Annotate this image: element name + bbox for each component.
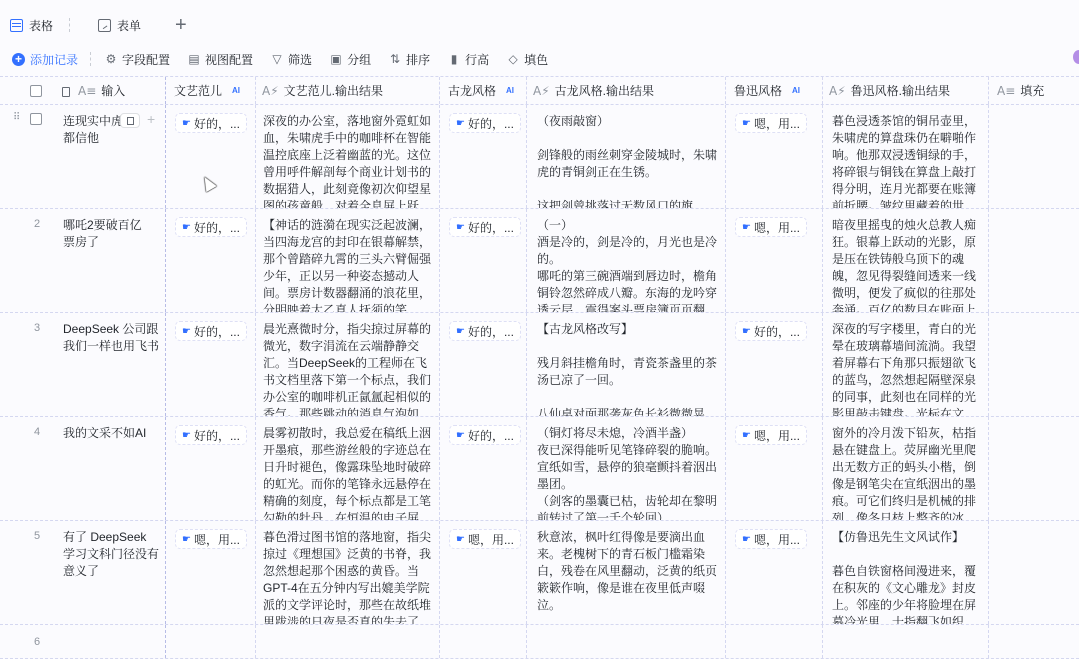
tab-divider [69, 18, 70, 32]
cell-wenyi-output[interactable] [256, 625, 440, 658]
cell-luxun-output[interactable]: 窗外的冷月泼下铅灰，枯指悬在键盘上。荧屏幽光里爬出无数方正的蚂头小楷，倒像是钢笔… [823, 417, 989, 520]
plus-circle-icon: + [12, 53, 25, 66]
cell-luxun[interactable]: ☛嗯，用... [726, 105, 823, 208]
fill-color-label: 填色 [524, 51, 548, 68]
column-label: 鲁迅风格 [734, 82, 782, 99]
ai-status-tag[interactable]: ☛好的，... [175, 425, 247, 445]
row-checkbox[interactable] [30, 113, 42, 125]
ai-badge-icon: AI [506, 86, 514, 95]
grid-icon [10, 19, 23, 32]
ai-hand-icon: ☛ [182, 430, 191, 441]
ai-hand-icon: ☛ [456, 430, 465, 441]
table-row[interactable]: 2 哪吒2要破百亿票房了 ☛好的，... 【神话的涟漪在现实泛起波澜，当四海龙宫… [0, 209, 1079, 313]
header-wenyi-output[interactable]: A⚡ 文艺范儿.输出结果 [256, 77, 440, 104]
header-wenyi[interactable]: 文艺范儿 AI [166, 77, 256, 104]
ai-hand-icon: ☛ [742, 430, 751, 441]
ai-hand-icon: ☛ [742, 118, 751, 129]
tab-grid-view[interactable]: 表格 [10, 17, 53, 34]
toolbar: + 添加记录 ⚙ 字段配置 ▤ 视图配置 ▽ 筛选 ▣ 分组 ⇅ 排序 ▮ 行高… [0, 48, 566, 70]
column-label: 输入 [101, 82, 125, 99]
ai-hand-icon: ☛ [742, 326, 751, 337]
cell-fill[interactable] [989, 105, 1079, 208]
ai-status-tag[interactable]: ☛嗯，用... [735, 217, 807, 237]
tab-label: 表单 [117, 17, 141, 34]
paint-bucket-icon: ◇ [507, 53, 519, 65]
group-icon: ▣ [330, 53, 342, 65]
output-text: （一） 酒是冷的，剑是冷的，月光也是冷的。 哪吒的第三碗酒端到唇边时，檐角铜铃忽… [527, 217, 725, 312]
ai-badge-icon: AI [232, 86, 240, 95]
add-view-button[interactable]: + [175, 15, 187, 35]
filter-icon: ▽ [271, 53, 283, 65]
data-table: A≡ 输入 文艺范儿 AI A⚡ 文艺范儿.输出结果 古龙风格 AI A⚡ 古龙… [0, 76, 1079, 659]
ai-hand-icon: ☛ [182, 222, 191, 233]
tag-text: 嗯，用... [754, 115, 800, 132]
table-row[interactable]: 4 我的文采不如AI ☛好的，... 晨雾初散时，我总爱在稿纸上洇开墨痕，那些游… [0, 417, 1079, 521]
ai-status-tag[interactable]: ☛嗯，用... [449, 529, 521, 549]
cell-gulong-output[interactable] [527, 625, 726, 658]
ai-status-tag[interactable]: ☛好的，... [449, 217, 521, 237]
cell-luxun[interactable]: ☛嗯，用... [726, 417, 823, 520]
column-label: 古龙风格 [448, 82, 496, 99]
header-input[interactable]: A≡ 输入 [0, 77, 166, 104]
input-text: DeepSeek 公司跟我们一样也用飞书 [63, 321, 159, 355]
add-record-button[interactable]: + 添加记录 [12, 51, 78, 68]
ai-hand-icon: ☛ [456, 534, 465, 545]
output-text: （夜雨敲窗） 剑锋般的雨丝刺穿金陵城时，朱啸虎的青铜剑正在生锈。 这把剑曾挑落过… [527, 113, 725, 208]
view-config-button[interactable]: ▤ 视图配置 [188, 51, 253, 68]
ai-status-tag[interactable]: ☛嗯，用... [735, 113, 807, 133]
row-height-label: 行高 [465, 51, 489, 68]
output-text: 【神话的涟漪在现实泛起波澜，当四海龙宫的封印在银幕解禁，那个曾踏碎九霄的三头六臂… [256, 217, 439, 312]
gear-icon: ⚙ [105, 53, 117, 65]
ai-status-tag[interactable]: ☛好的，... [449, 425, 521, 445]
cell-wenyi-output[interactable]: 【神话的涟漪在现实泛起波澜，当四海龙宫的封印在银幕解禁，那个曾踏碎九霄的三头六臂… [256, 209, 440, 312]
table-row[interactable]: 3 DeepSeek 公司跟我们一样也用飞书 ☛好的，... 晨光熹微时分，指尖… [0, 313, 1079, 417]
row-height-button[interactable]: ▮ 行高 [448, 51, 489, 68]
cell-input[interactable]: ⠿ 连现实中虎都信他 + [0, 105, 166, 208]
ai-hand-icon: ☛ [456, 118, 465, 129]
cell-wenyi[interactable]: ☛好的，... [166, 209, 256, 312]
field-config-button[interactable]: ⚙ 字段配置 [105, 51, 170, 68]
tag-text: 嗯，用... [468, 531, 514, 548]
output-text: 晨雾初散时，我总爱在稿纸上洇开墨痕，那些游丝般的字迹总在日升时褪色，像露珠坠地时… [256, 425, 439, 520]
output-text: 深夜的办公室，落地窗外霓虹如血，朱啸虎手中的咖啡杯在智能温控底座上泛着幽蓝的光。… [256, 113, 439, 208]
select-all-checkbox[interactable] [30, 85, 42, 97]
cell-fill[interactable] [989, 417, 1079, 520]
add-icon[interactable]: + [147, 111, 155, 127]
sort-button[interactable]: ⇅ 排序 [389, 51, 430, 68]
tag-text: 好的，... [194, 219, 240, 236]
cell-gulong-output[interactable]: 【古龙风格改写】 残月斜挂檐角时，青瓷茶盏里的茶汤已凉了一回。 八仙桌对面那袭灰… [527, 313, 726, 416]
cell-input[interactable]: 3 DeepSeek 公司跟我们一样也用飞书 [0, 313, 166, 416]
ai-status-tag[interactable]: ☛好的，... [175, 113, 247, 133]
text-field-icon: A≡ [997, 84, 1015, 98]
cell-gulong[interactable] [440, 625, 527, 658]
ai-status-tag[interactable]: ☛嗯，用... [735, 529, 807, 549]
cell-luxun-output[interactable]: 暮色浸透茶馆的铜吊壶里，朱啸虎的算盘珠仍在噼啪作响。他那双浸透铜绿的手，将碎银与… [823, 105, 989, 208]
row-height-icon: ▮ [448, 53, 460, 65]
cell-luxun[interactable]: ☛好的，... [726, 313, 823, 416]
table-row[interactable]: 5 有了 DeepSeek 学习文科门径没有意义了 ☛嗯，用... 暮色滑过图书… [0, 521, 1079, 625]
header-gulong[interactable]: 古龙风格 AI [440, 77, 527, 104]
output-text: 暗夜里摇曳的烛火总教人痴狂。银幕上跃动的光影，原是压在铁铸般乌顶下的魂魄，忽见得… [823, 217, 988, 312]
drag-handle-icon[interactable]: ⠿ [13, 115, 19, 120]
column-label: 古龙风格.输出结果 [555, 82, 654, 99]
ai-hand-icon: ☛ [456, 222, 465, 233]
ai-hand-icon: ☛ [182, 326, 191, 337]
ai-hand-icon: ☛ [742, 222, 751, 233]
expand-record-button[interactable] [120, 113, 140, 128]
add-record-label: 添加记录 [30, 51, 78, 68]
tag-text: 嗯，用... [194, 531, 240, 548]
cell-luxun-output[interactable]: 深夜的写字楼里，青白的光晕在玻璃幕墙间流淌。我望着屏幕右下角那只振翅欲飞的蓝鸟，… [823, 313, 989, 416]
output-text: 深夜的写字楼里，青白的光晕在玻璃幕墙间流淌。我望着屏幕右下角那只振翅欲飞的蓝鸟，… [823, 321, 988, 416]
cell-input[interactable]: 4 我的文采不如AI [0, 417, 166, 520]
ai-status-tag[interactable]: ☛嗯，用... [735, 425, 807, 445]
cell-luxun[interactable] [726, 625, 823, 658]
cell-wenyi-output[interactable]: 晨雾初散时，我总爱在稿纸上洇开墨痕，那些游丝般的字迹总在日升时褪色，像露珠坠地时… [256, 417, 440, 520]
tag-text: 好的，... [468, 219, 514, 236]
tab-form-view[interactable]: 表单 [98, 17, 141, 34]
cell-gulong[interactable]: ☛好的，... [440, 105, 527, 208]
output-text: 暮色滑过图书馆的落地窗，指尖掠过《理想国》泛黄的书脊，我忽然想起那个困惑的黄昏。… [256, 529, 439, 624]
ai-badge-icon: AI [792, 86, 800, 95]
cell-input[interactable]: 5 有了 DeepSeek 学习文科门径没有意义了 [0, 521, 166, 624]
input-text: 我的文采不如AI [63, 425, 159, 442]
header-luxun-output[interactable]: A⚡ 鲁迅风格.输出结果 [823, 77, 989, 104]
cell-gulong-output[interactable]: （一） 酒是冷的，剑是冷的，月光也是冷的。 哪吒的第三碗酒端到唇边时，檐角铜铃忽… [527, 209, 726, 312]
ai-hand-icon: ☛ [182, 534, 191, 545]
tag-text: 好的，... [468, 115, 514, 132]
ai-hand-icon: ☛ [456, 326, 465, 337]
table-row-empty[interactable]: 6 [0, 625, 1079, 659]
cell-gulong[interactable]: ☛好的，... [440, 417, 527, 520]
field-config-label: 字段配置 [122, 51, 170, 68]
group-label: 分组 [347, 51, 371, 68]
input-text: 哪吒2要破百亿票房了 [63, 217, 143, 251]
ai-status-tag[interactable]: ☛嗯，用... [175, 529, 247, 549]
tag-text: 嗯，用... [754, 427, 800, 444]
cell-wenyi[interactable]: ☛好的，... [166, 417, 256, 520]
ai-output-icon: A⚡ [829, 84, 846, 98]
cell-gulong[interactable]: ☛好的，... [440, 209, 527, 312]
cell-luxun[interactable]: ☛嗯，用... [726, 521, 823, 624]
cell-wenyi-output[interactable]: 晨光熹微时分，指尖掠过屏幕的微光，数字涓流在云端静静交汇。当DeepSeek的工… [256, 313, 440, 416]
header-luxun[interactable]: 鲁迅风格 AI [726, 77, 823, 104]
cell-wenyi[interactable] [166, 625, 256, 658]
cell-fill[interactable] [989, 521, 1079, 624]
cell-gulong-output[interactable]: 秋意浓，枫叶红得像是要滴出血来。老槐树下的青石板门槛霜染白，残卷在风里翻动，泛黄… [527, 521, 726, 624]
cell-luxun[interactable]: ☛嗯，用... [726, 209, 823, 312]
fill-color-button[interactable]: ◇ 填色 [507, 51, 548, 68]
header-fill[interactable]: A≡ 填充 [989, 77, 1079, 104]
cell-gulong[interactable]: ☛嗯，用... [440, 521, 527, 624]
group-button[interactable]: ▣ 分组 [330, 51, 371, 68]
cell-input[interactable]: 2 哪吒2要破百亿票房了 [0, 209, 166, 312]
output-text: 【仿鲁迅先生文风试作】 暮色自铁窗格间漫进来，覆在积灰的《文心雕龙》封皮上。邻座… [823, 529, 988, 624]
avatar[interactable] [1073, 50, 1079, 64]
column-label: 填充 [1020, 82, 1044, 99]
output-text: （铜灯将尽未熄，冷酒半盏） 夜已深得能听见笔锋碎裂的脆响。 宣纸如雪，悬停的狼毫… [527, 425, 725, 520]
output-text: 暮色浸透茶馆的铜吊壶里，朱啸虎的算盘珠仍在噼啪作响。他那双浸透铜绿的手，将碎银与… [823, 113, 988, 208]
text-field-icon: A≡ [78, 84, 96, 98]
column-label: 鲁迅风格.输出结果 [851, 82, 950, 99]
tag-text: 好的，... [468, 427, 514, 444]
tag-text: 好的，... [194, 115, 240, 132]
filter-label: 筛选 [288, 51, 312, 68]
tag-text: 好的，... [194, 323, 240, 340]
ai-status-tag[interactable]: ☛好的，... [449, 321, 521, 341]
tag-text: 嗯，用... [754, 219, 800, 236]
filter-button[interactable]: ▽ 筛选 [271, 51, 312, 68]
cell-luxun-output[interactable]: 暗夜里摇曳的烛火总教人痴狂。银幕上跃动的光影，原是压在铁铸般乌顶下的魂魄，忽见得… [823, 209, 989, 312]
sort-label: 排序 [406, 51, 430, 68]
column-label: 文艺范儿.输出结果 [284, 82, 383, 99]
cell-fill[interactable] [989, 625, 1079, 658]
view-tabs: 表格 表单 + [0, 12, 187, 38]
cell-wenyi[interactable]: ☛好的，... [166, 105, 256, 208]
row-number: 3 [34, 322, 40, 334]
ai-hand-icon: ☛ [182, 118, 191, 129]
output-text: 窗外的冷月泼下铅灰，枯指悬在键盘上。荧屏幽光里爬出无数方正的蚂头小楷，倒像是钢笔… [823, 425, 988, 520]
row-number: 6 [34, 636, 40, 648]
lock-icon [62, 87, 70, 97]
ai-status-tag[interactable]: ☛好的，... [175, 321, 247, 341]
tag-text: 好的，... [468, 323, 514, 340]
ai-status-tag[interactable]: ☛好的，... [449, 113, 521, 133]
column-label: 文艺范儿 [174, 82, 222, 99]
table-row[interactable]: ⠿ 连现实中虎都信他 + ☛好的，... 深夜的办公室，落地窗外霓虹如血，朱啸虎… [0, 105, 1079, 209]
cell-luxun-output[interactable] [823, 625, 989, 658]
view-settings-icon: ▤ [188, 53, 200, 65]
cell-wenyi[interactable]: ☛嗯，用... [166, 521, 256, 624]
cell-input[interactable]: 6 [0, 625, 166, 658]
table-header: A≡ 输入 文艺范儿 AI A⚡ 文艺范儿.输出结果 古龙风格 AI A⚡ 古龙… [0, 76, 1079, 105]
form-icon [98, 19, 111, 32]
cell-wenyi-output[interactable]: 暮色滑过图书馆的落地窗，指尖掠过《理想国》泛黄的书脊，我忽然想起那个困惑的黄昏。… [256, 521, 440, 624]
toolbar-divider [90, 52, 91, 66]
cell-wenyi-output[interactable]: 深夜的办公室，落地窗外霓虹如血，朱啸虎手中的咖啡杯在智能温控底座上泛着幽蓝的光。… [256, 105, 440, 208]
tag-text: 好的，... [754, 323, 800, 340]
row-number: 4 [34, 426, 40, 438]
ai-output-icon: A⚡ [262, 84, 279, 98]
ai-status-tag[interactable]: ☛好的，... [175, 217, 247, 237]
tab-label: 表格 [29, 17, 53, 34]
ai-hand-icon: ☛ [742, 534, 751, 545]
view-config-label: 视图配置 [205, 51, 253, 68]
cell-wenyi[interactable]: ☛好的，... [166, 313, 256, 416]
cell-gulong-output[interactable]: （铜灯将尽未熄，冷酒半盏） 夜已深得能听见笔锋碎裂的脆响。 宣纸如雪，悬停的狼毫… [527, 417, 726, 520]
tag-text: 嗯，用... [754, 531, 800, 548]
row-number: 5 [34, 530, 40, 542]
cell-gulong[interactable]: ☛好的，... [440, 313, 527, 416]
output-text: 秋意浓，枫叶红得像是要滴出血来。老槐树下的青石板门槛霜染白，残卷在风里翻动，泛黄… [527, 529, 725, 624]
sort-icon: ⇅ [389, 53, 401, 65]
row-number: 2 [34, 218, 40, 230]
cell-fill[interactable] [989, 313, 1079, 416]
cell-gulong-output[interactable]: （夜雨敲窗） 剑锋般的雨丝刺穿金陵城时，朱啸虎的青铜剑正在生锈。 这把剑曾挑落过… [527, 105, 726, 208]
tag-text: 好的，... [194, 427, 240, 444]
output-text: 晨光熹微时分，指尖掠过屏幕的微光，数字涓流在云端静静交汇。当DeepSeek的工… [256, 321, 439, 416]
cell-luxun-output[interactable]: 【仿鲁迅先生文风试作】 暮色自铁窗格间漫进来，覆在积灰的《文心雕龙》封皮上。邻座… [823, 521, 989, 624]
header-gulong-output[interactable]: A⚡ 古龙风格.输出结果 [527, 77, 726, 104]
input-text: 有了 DeepSeek 学习文科门径没有意义了 [63, 529, 159, 580]
ai-output-icon: A⚡ [533, 84, 550, 98]
cell-fill[interactable] [989, 209, 1079, 312]
output-text: 【古龙风格改写】 残月斜挂檐角时，青瓷茶盏里的茶汤已凉了一回。 八仙桌对面那袭灰… [527, 321, 725, 416]
ai-status-tag[interactable]: ☛好的，... [735, 321, 807, 341]
